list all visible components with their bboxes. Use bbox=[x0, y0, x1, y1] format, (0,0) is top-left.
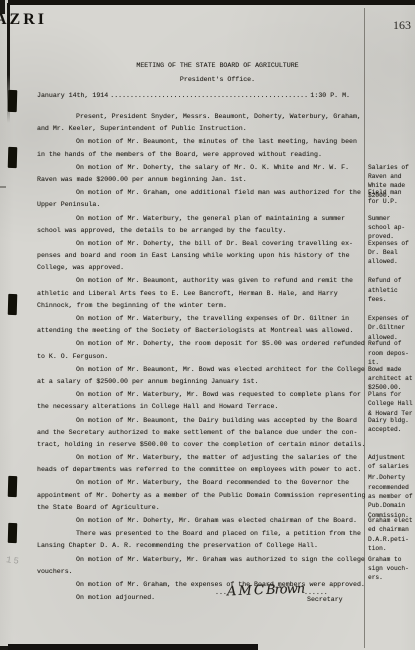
pencil-annotation: 15 bbox=[5, 555, 21, 567]
document-title-block: MEETING OF THE STATE BOARD OF AGRICULTUR… bbox=[37, 62, 350, 83]
paragraph-body: On motion of Mr. Waterbury, the Board re… bbox=[37, 477, 350, 514]
binding-tab-mark bbox=[8, 476, 18, 497]
minutes-paragraph: On motion of Mr. Waterbury, Mr. Bowd was… bbox=[37, 389, 350, 413]
paragraph-body: On motion of Mr. Waterbury, Mr. Graham w… bbox=[37, 554, 350, 578]
body-line: school was approved, the details to be a… bbox=[37, 225, 350, 237]
paragraph-body: On motion of Mr. Waterbury, the matter o… bbox=[37, 452, 350, 476]
body-line: On motion of Mr. Waterbury, the travelli… bbox=[37, 313, 350, 325]
body-line: On motion of Mr. Doherty, Mr. Graham was… bbox=[37, 515, 350, 527]
body-line: On motion of Mr. Waterbury, the general … bbox=[37, 213, 350, 225]
edge-dash-mark bbox=[0, 186, 6, 188]
margin-note-line: Summer bbox=[368, 214, 415, 223]
scanned-minutes-page: AZRI 163 15 MEETING OF THE STATE BOARD O… bbox=[0, 0, 415, 650]
dot-leader: ........................................… bbox=[110, 92, 308, 99]
body-line: heads of departments was referred to the… bbox=[37, 464, 350, 476]
body-line: vouchers. bbox=[37, 566, 350, 578]
paragraph-body: On motion of Mr. Graham, one additional … bbox=[37, 187, 350, 211]
signature-block: ... A M C Brown ...... Secretary bbox=[215, 583, 390, 603]
body-line: penses and board and room in East Lansin… bbox=[37, 250, 350, 262]
dateline: January 14th, 1914 .....................… bbox=[37, 92, 350, 99]
margin-note: Bowd madearchitect at$2500.00. bbox=[368, 365, 415, 393]
margin-note-line: ers. bbox=[368, 573, 415, 582]
scan-bottom-edge-bar bbox=[8, 644, 258, 650]
document-body: MEETING OF THE STATE BOARD OF AGRICULTUR… bbox=[37, 62, 350, 614]
body-line: at a salary of $2500.00 per annum beginn… bbox=[37, 376, 350, 388]
margin-note: Mr.Dohertyrecommendedas member ofPub.Dom… bbox=[368, 473, 415, 519]
paragraph-body: Present, President Snyder, Messrs. Beaum… bbox=[37, 111, 350, 135]
body-line: Chinnock, from the beginning of the wint… bbox=[37, 300, 350, 312]
margin-note-line: Raven and bbox=[368, 172, 415, 181]
margin-note: Adjustmentof salaries bbox=[368, 453, 415, 472]
meeting-date: January 14th, 1914 bbox=[37, 92, 108, 99]
margin-note: Graham tosign vouch-ers. bbox=[368, 555, 415, 583]
body-line: Raven was made $2000.00 per annum beginn… bbox=[37, 174, 350, 186]
margin-note-line: ed chairman bbox=[368, 525, 415, 534]
body-line: On motion of Mr. Doherty, the salary of … bbox=[37, 162, 350, 174]
paragraphs: Present, President Snyder, Messrs. Beaum… bbox=[37, 111, 350, 604]
margin-note: Summerschool ap-proved. bbox=[368, 214, 415, 242]
margin-note-line: College Hall bbox=[368, 399, 415, 408]
margin-note: Dairy bldg.accepted. bbox=[368, 416, 415, 435]
body-line: athletic and Liberal Arts fees to E. Lee… bbox=[37, 288, 350, 300]
minutes-paragraph: On motion of Mr. Waterbury, the general … bbox=[37, 213, 350, 237]
margin-note-line: Salaries of bbox=[368, 163, 415, 172]
margin-note-line: Plans for bbox=[368, 390, 415, 399]
page-number: 163 bbox=[393, 18, 411, 33]
margin-note-line: Field man bbox=[368, 188, 415, 197]
margin-note: Plans forCollege Hall& Howard Ter bbox=[368, 390, 415, 418]
body-line: Upper Peninsula. bbox=[37, 199, 350, 211]
margin-note-line: accepted. bbox=[368, 425, 415, 434]
body-line: and Mr. Keeler, Superintendent of Public… bbox=[37, 123, 350, 135]
minutes-paragraph: On motion of Mr. Waterbury, Mr. Graham w… bbox=[37, 554, 350, 578]
margin-note-line: Mr.Doherty bbox=[368, 473, 415, 482]
signature-leading-dots: ... bbox=[215, 589, 227, 596]
body-line: Lansing Chapter D. A. R. recommending th… bbox=[37, 540, 350, 552]
margin-note-line: Dr. Beal bbox=[368, 248, 415, 257]
margin-note-line: architect at bbox=[368, 374, 415, 383]
paragraph-body: On motion of Mr. Waterbury, Mr. Bowd was… bbox=[37, 389, 350, 413]
minutes-paragraph: On motion of Mr. Waterbury, the matter o… bbox=[37, 452, 350, 476]
body-line: On motion of Mr. Beaumont, the minutes o… bbox=[37, 136, 350, 148]
scan-bottom-corner-mark bbox=[0, 646, 8, 650]
minutes-paragraph: On motion of Mr. Beaumont, the Dairy bui… bbox=[37, 415, 350, 452]
body-line: On motion of Mr. Doherty, the room depos… bbox=[37, 338, 350, 350]
body-line: the State Board of Agriculture. bbox=[37, 502, 350, 514]
margin-note-line: Expenses of bbox=[368, 239, 415, 248]
margin-note-line: room depos- bbox=[368, 349, 415, 358]
minutes-paragraph: On motion of Mr. Beaumont, authority was… bbox=[37, 275, 350, 312]
body-line: On motion of Mr. Waterbury, Mr. Bowd was… bbox=[37, 389, 350, 401]
body-line: College, was approved. bbox=[37, 262, 350, 274]
minutes-paragraph: There was presented to the Board and pla… bbox=[37, 528, 350, 552]
binding-tab-mark bbox=[8, 523, 18, 543]
margin-note: Expenses ofDr.Giltnerallowed. bbox=[368, 314, 415, 342]
minutes-paragraph: On motion of Mr. Beaumont, the minutes o… bbox=[37, 136, 350, 160]
margin-note-line: of salaries bbox=[368, 462, 415, 471]
body-line: tract, holding in reserve $500.00 to cov… bbox=[37, 439, 350, 451]
paragraph-body: On motion of Mr. Doherty, Mr. Graham was… bbox=[37, 515, 350, 527]
margin-note: Field manfor U.P. bbox=[368, 188, 415, 207]
minutes-paragraph: On motion of Mr. Waterbury, the travelli… bbox=[37, 313, 350, 337]
body-line: the necessary alterations in College Hal… bbox=[37, 401, 350, 413]
margin-note-line: for U.P. bbox=[368, 197, 415, 206]
margin-note-line: tion. bbox=[368, 544, 415, 553]
margin-note-line: Expenses of bbox=[368, 314, 415, 323]
meeting-title: MEETING OF THE STATE BOARD OF AGRICULTUR… bbox=[85, 62, 350, 69]
body-line: On motion of Mr. Beaumont, authority was… bbox=[37, 275, 350, 287]
body-line: On motion of Mr. Waterbury, the matter o… bbox=[37, 452, 350, 464]
body-line: and the Secretary authorized to make set… bbox=[37, 427, 350, 439]
minutes-paragraph: On motion of Mr. Doherty, the bill of Dr… bbox=[37, 238, 350, 275]
archive-stamp-label: AZRI bbox=[0, 11, 47, 29]
paragraph-body: On motion of Mr. Beaumont, the minutes o… bbox=[37, 136, 350, 160]
minutes-paragraph: On motion of Mr. Doherty, the room depos… bbox=[37, 338, 350, 362]
margin-note: Graham elected chairman bbox=[368, 516, 415, 535]
minutes-paragraph: On motion of Mr. Beaumont, Mr. Bowd was … bbox=[37, 364, 350, 388]
body-line: attending the meeting of the Society of … bbox=[37, 325, 350, 337]
margin-note: Expenses ofDr. Bealallowed. bbox=[368, 239, 415, 267]
margin-note-line: Adjustment bbox=[368, 453, 415, 462]
margin-note-line: school ap- bbox=[368, 223, 415, 232]
paragraph-body: On motion of Mr. Beaumont, the Dairy bui… bbox=[37, 415, 350, 452]
body-line: appointment of Mr. Doherty as a member o… bbox=[37, 490, 350, 502]
margin-note-line: athletic bbox=[368, 286, 415, 295]
margin-rule-line bbox=[364, 8, 365, 648]
body-line: to K. O. Ferguson. bbox=[37, 351, 350, 363]
margin-note-line: Refund of bbox=[368, 276, 415, 285]
scan-top-edge-bar bbox=[8, 0, 415, 5]
margin-note-line: Refund of bbox=[368, 339, 415, 348]
margin-note-line: Dairy bldg. bbox=[368, 416, 415, 425]
signature-row: ... A M C Brown ...... Secretary bbox=[37, 592, 350, 614]
minutes-paragraph: On motion of Mr. Doherty, the salary of … bbox=[37, 162, 350, 186]
body-line: On motion of Mr. Waterbury, Mr. Graham w… bbox=[37, 554, 350, 566]
margin-note-line: Graham elect bbox=[368, 516, 415, 525]
meeting-time: 1:30 P. M. bbox=[310, 92, 350, 99]
paragraph-body: On motion of Mr. Doherty, the room depos… bbox=[37, 338, 350, 362]
binding-tab-mark bbox=[8, 90, 18, 112]
body-line: There was presented to the Board and pla… bbox=[37, 528, 350, 540]
meeting-subtitle: President's Office. bbox=[85, 76, 350, 83]
margin-note-line: Pub.Domain bbox=[368, 501, 415, 510]
margin-note-line: as member of bbox=[368, 492, 415, 501]
secretary-signature: A M C Brown bbox=[227, 582, 305, 600]
body-line: in the hands of the members of the Board… bbox=[37, 149, 350, 161]
body-line: On motion of Mr. Graham, one additional … bbox=[37, 187, 350, 199]
binding-tab-mark bbox=[8, 294, 18, 315]
margin-note-line: sign vouch- bbox=[368, 564, 415, 573]
body-line: On motion of Mr. Beaumont, Mr. Bowd was … bbox=[37, 364, 350, 376]
paragraph-body: On motion of Mr. Waterbury, the general … bbox=[37, 213, 350, 237]
margin-note: Refund ofroom depos-it. bbox=[368, 339, 415, 367]
body-line: On motion of Mr. Waterbury, the Board re… bbox=[37, 477, 350, 489]
margin-note-line: recommended bbox=[368, 483, 415, 492]
paragraph-body: On motion of Mr. Beaumont, Mr. Bowd was … bbox=[37, 364, 350, 388]
body-line: On motion of Mr. Doherty, the bill of Dr… bbox=[37, 238, 350, 250]
secretary-label: Secretary bbox=[307, 596, 390, 603]
minutes-paragraph: Present, President Snyder, Messrs. Beaum… bbox=[37, 111, 350, 135]
paragraph-body: On motion of Mr. Beaumont, authority was… bbox=[37, 275, 350, 312]
paragraph-body: On motion of Mr. Doherty, the bill of Dr… bbox=[37, 238, 350, 275]
margin-note-line: Graham to bbox=[368, 555, 415, 564]
body-line: On motion of Mr. Beaumont, the Dairy bui… bbox=[37, 415, 350, 427]
margin-note-line: Dr.Giltner bbox=[368, 323, 415, 332]
paragraph-body: On motion of Mr. Doherty, the salary of … bbox=[37, 162, 350, 186]
paragraph-body: On motion of Mr. Waterbury, the travelli… bbox=[37, 313, 350, 337]
body-line: Present, President Snyder, Messrs. Beaum… bbox=[37, 111, 350, 123]
minutes-paragraph: On motion of Mr. Graham, one additional … bbox=[37, 187, 350, 211]
minutes-paragraph: On motion of Mr. Waterbury, the Board re… bbox=[37, 477, 350, 514]
margin-note-line: D.A.R.peti- bbox=[368, 535, 415, 544]
binding-tab-mark bbox=[8, 147, 18, 168]
margin-note-line: fees. bbox=[368, 295, 415, 304]
margin-note: D.A.R.peti-tion. bbox=[368, 535, 415, 554]
paragraph-body: There was presented to the Board and pla… bbox=[37, 528, 350, 552]
margin-note-line: Bowd made bbox=[368, 365, 415, 374]
margin-note: Refund ofathleticfees. bbox=[368, 276, 415, 304]
margin-note-line: allowed. bbox=[368, 257, 415, 266]
minutes-paragraph: On motion of Mr. Doherty, Mr. Graham was… bbox=[37, 515, 350, 527]
